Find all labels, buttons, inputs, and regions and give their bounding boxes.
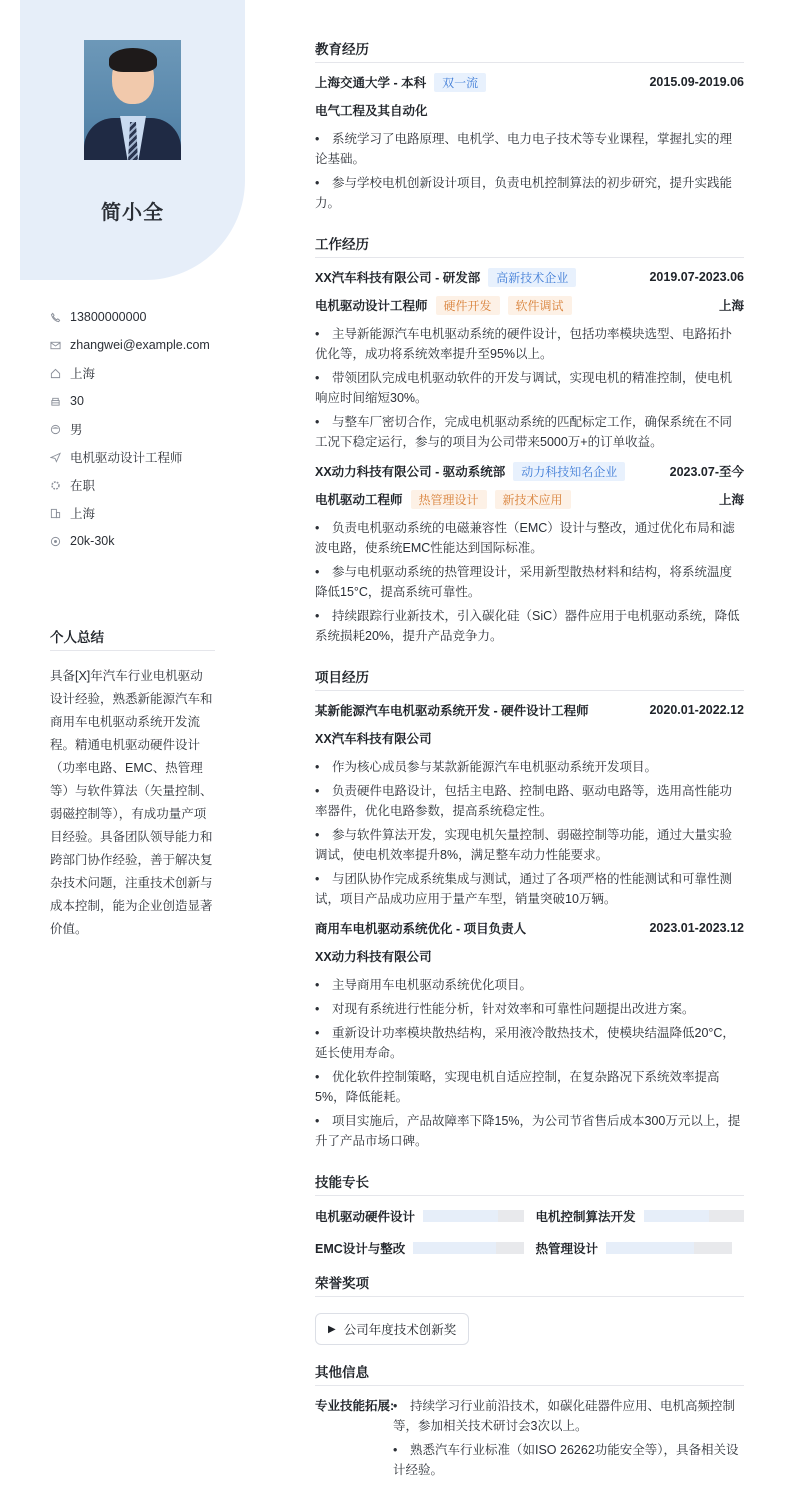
candidate-name: 简小全 <box>20 196 245 225</box>
work-title: 工作经历 <box>315 233 744 258</box>
skill-bar <box>413 1242 523 1254</box>
list-item: 与整车厂密切合作，完成电机驱动系统的匹配标定工作，确保系统在不同工况下稳定运行，… <box>315 412 744 452</box>
education-header: 上海交通大学 - 本科双一流 2015.09-2019.06 <box>315 73 744 91</box>
school-name: 上海交通大学 - 本科 <box>315 73 426 91</box>
contact-info: 13800000000 zhangwei@example.com 上海 30 男… <box>50 303 210 555</box>
skill-bar <box>644 1210 744 1222</box>
info-position: 电机驱动设计工程师 <box>50 443 210 471</box>
work-bullets: 负责电机驱动系统的电磁兼容性（EMC）设计与整改，通过优化布局和滤波电路，使系统… <box>315 518 744 646</box>
info-city: 上海 <box>50 499 210 527</box>
status-icon <box>50 479 70 491</box>
list-item: 主导商用车电机驱动系统优化项目。 <box>315 975 744 995</box>
home-icon <box>50 367 70 379</box>
honors-section: 荣誉奖项 ▶公司年度技术创新奖 <box>315 1272 744 1361</box>
project-header: 某新能源汽车电机驱动系统开发 - 硬件设计工程师 2020.01-2022.12 <box>315 701 744 719</box>
skill-item: EMC设计与整改 <box>315 1238 524 1258</box>
list-item: 主导新能源汽车电机驱动系统的硬件设计，包括功率模块选型、电路拓扑优化等，成功将系… <box>315 324 744 364</box>
phone-value: 13800000000 <box>70 310 146 324</box>
list-item: 作为核心成员参与某款新能源汽车电机驱动系统开发项目。 <box>315 757 744 777</box>
role: 电机驱动工程师 <box>315 490 403 508</box>
honors-title: 荣誉奖项 <box>315 1272 744 1297</box>
salary-value: 20k-30k <box>70 534 114 548</box>
work-location: 上海 <box>719 490 744 508</box>
info-status: 在职 <box>50 471 210 499</box>
project-name: 某新能源汽车电机驱动系统开发 - 硬件设计工程师 <box>315 701 589 719</box>
role-tag: 热管理设计 <box>411 490 487 509</box>
phone-icon <box>50 311 70 323</box>
list-item: 与团队协作完成系统集成与测试，通过了各项严格的性能测试和可靠性测试，项目产品成功… <box>315 869 744 909</box>
list-item: 重新设计功率模块散热结构，采用液冷散热技术，使模块结温降低20°C，延长使用寿命… <box>315 1023 744 1063</box>
company-tag: 动力科技知名企业 <box>513 462 625 481</box>
skill-name: 热管理设计 <box>536 1239 599 1257</box>
role: 电机驱动设计工程师 <box>315 296 428 314</box>
project-date: 2023.01-2023.12 <box>649 921 744 935</box>
profile-header: 简小全 <box>20 0 245 280</box>
other-label: 专业技能拓展: <box>315 1396 393 1488</box>
work-role-row: 电机驱动工程师热管理设计新技术应用 上海 <box>315 490 744 508</box>
work-section: 工作经历 XX汽车科技有限公司 - 研发部高新技术企业 2019.07-2023… <box>315 233 744 646</box>
project-company: XX动力科技有限公司 <box>315 947 432 965</box>
education-title: 教育经历 <box>315 38 744 63</box>
sidebar: 简小全 13800000000 zhangwei@example.com 上海 … <box>20 0 245 280</box>
major: 电气工程及其自动化 <box>315 101 428 119</box>
list-item: 参与电机驱动系统的热管理设计，采用新型散热材料和结构，将系统温度降低15°C，提… <box>315 562 744 602</box>
send-icon <box>50 451 70 463</box>
info-home: 上海 <box>50 359 210 387</box>
other-content: 专业技能拓展: 持续学习行业前沿技术，如碳化硅器件应用、电机高频控制等，参加相关… <box>315 1396 744 1488</box>
info-email: zhangwei@example.com <box>50 331 210 359</box>
skill-item: 电机控制算法开发 <box>536 1206 745 1226</box>
education-major-row: 电气工程及其自动化 <box>315 101 744 119</box>
projects-section: 项目经历 某新能源汽车电机驱动系统开发 - 硬件设计工程师 2020.01-20… <box>315 666 744 1151</box>
gender-value: 男 <box>70 420 83 438</box>
education-section: 教育经历 上海交通大学 - 本科双一流 2015.09-2019.06 电气工程… <box>315 38 744 213</box>
projects-title: 项目经历 <box>315 666 744 691</box>
skill-bar <box>423 1210 523 1222</box>
work-header: XX汽车科技有限公司 - 研发部高新技术企业 2019.07-2023.06 <box>315 268 744 286</box>
project-company: XX汽车科技有限公司 <box>315 729 432 747</box>
skill-item: 热管理设计 <box>536 1238 745 1258</box>
project-bullets: 作为核心成员参与某款新能源汽车电机驱动系统开发项目。 负责硬件电路设计，包括主电… <box>315 757 744 909</box>
list-item: 对现有系统进行性能分析，针对效率和可靠性问题提出改进方案。 <box>315 999 744 1019</box>
salary-icon <box>50 535 70 547</box>
age-icon <box>50 395 70 407</box>
status-value: 在职 <box>70 476 95 494</box>
building-icon <box>50 507 70 519</box>
list-item: 负责硬件电路设计，包括主电路、控制电路、驱动电路等，选用高性能功率器件，优化电路… <box>315 781 744 821</box>
award-label: 公司年度技术创新奖 <box>344 1320 457 1338</box>
other-bullets: 持续学习行业前沿技术，如碳化硅器件应用、电机高频控制等，参加相关技术研讨会3次以… <box>393 1396 744 1484</box>
project-date: 2020.01-2022.12 <box>649 703 744 717</box>
city-value: 上海 <box>70 504 95 522</box>
skill-name: EMC设计与整改 <box>315 1239 405 1257</box>
main-content: 教育经历 上海交通大学 - 本科双一流 2015.09-2019.06 电气工程… <box>315 38 744 1508</box>
work-date: 2023.07-至今 <box>670 462 744 480</box>
role-tag: 新技术应用 <box>495 490 571 509</box>
summary-title: 个人总结 <box>50 626 215 651</box>
skills-section: 技能专长 电机驱动硬件设计 电机控制算法开发 EMC设计与整改 热管理设计 <box>315 1171 744 1258</box>
skills-title: 技能专长 <box>315 1171 744 1196</box>
skill-bar <box>606 1242 732 1254</box>
company-name: XX汽车科技有限公司 - 研发部 <box>315 268 480 286</box>
education-bullets: 系统学习了电路原理、电机学、电力电子技术等专业课程，掌握扎实的理论基础。 参与学… <box>315 129 744 213</box>
list-item: 参与学校电机创新设计项目，负责电机控制算法的初步研究，提升实践能力。 <box>315 173 744 213</box>
info-age: 30 <box>50 387 210 415</box>
work-role-row: 电机驱动设计工程师硬件开发软件调试 上海 <box>315 296 744 314</box>
list-item: 负责电机驱动系统的电磁兼容性（EMC）设计与整改，通过优化布局和滤波电路，使系统… <box>315 518 744 558</box>
role-tag: 软件调试 <box>508 296 572 315</box>
work-location: 上海 <box>719 296 744 314</box>
summary-text: 具备[X]年汽车行业电机驱动设计经验，熟悉新能源汽车和商用车电机驱动系统开发流程… <box>50 665 215 941</box>
project-company-row: XX汽车科技有限公司 <box>315 729 744 747</box>
skill-name: 电机驱动硬件设计 <box>315 1207 415 1225</box>
project-company-row: XX动力科技有限公司 <box>315 947 744 965</box>
company-tag: 高新技术企业 <box>488 268 576 287</box>
award-item[interactable]: ▶公司年度技术创新奖 <box>315 1313 469 1345</box>
list-item: 熟悉汽车行业标准（如ISO 26262功能安全等），具备相关设计经验。 <box>393 1440 744 1480</box>
summary-section: 个人总结 具备[X]年汽车行业电机驱动设计经验，熟悉新能源汽车和商用车电机驱动系… <box>50 626 215 941</box>
triangle-right-icon: ▶ <box>328 1324 336 1335</box>
work-date: 2019.07-2023.06 <box>649 270 744 284</box>
info-gender: 男 <box>50 415 210 443</box>
info-salary: 20k-30k <box>50 527 210 555</box>
email-value: zhangwei@example.com <box>70 338 210 352</box>
other-section: 其他信息 专业技能拓展: 持续学习行业前沿技术，如碳化硅器件应用、电机高频控制等… <box>315 1361 744 1488</box>
skill-item: 电机驱动硬件设计 <box>315 1206 524 1226</box>
skills-grid: 电机驱动硬件设计 电机控制算法开发 EMC设计与整改 热管理设计 <box>315 1206 744 1258</box>
avatar-photo <box>84 40 181 160</box>
list-item: 参与软件算法开发，实现电机矢量控制、弱磁控制等功能，通过大量实验调试，使电机效率… <box>315 825 744 865</box>
work-bullets: 主导新能源汽车电机驱动系统的硬件设计，包括功率模块选型、电路拓扑优化等，成功将系… <box>315 324 744 452</box>
position-value: 电机驱动设计工程师 <box>70 448 183 466</box>
work-header: XX动力科技有限公司 - 驱动系统部动力科技知名企业 2023.07-至今 <box>315 462 744 480</box>
list-item: 系统学习了电路原理、电机学、电力电子技术等专业课程，掌握扎实的理论基础。 <box>315 129 744 169</box>
skill-name: 电机控制算法开发 <box>536 1207 636 1225</box>
age-value: 30 <box>70 394 84 408</box>
list-item: 项目实施后，产品故障率下降15%，为公司节省售后成本300万元以上，提升了产品市… <box>315 1111 744 1151</box>
school-tag: 双一流 <box>434 73 486 92</box>
project-bullets: 主导商用车电机驱动系统优化项目。 对现有系统进行性能分析，针对效率和可靠性问题提… <box>315 975 744 1151</box>
project-name: 商用车电机驱动系统优化 - 项目负责人 <box>315 919 526 937</box>
mail-icon <box>50 339 70 351</box>
other-title: 其他信息 <box>315 1361 744 1386</box>
project-header: 商用车电机驱动系统优化 - 项目负责人 2023.01-2023.12 <box>315 919 744 937</box>
role-tag: 硬件开发 <box>436 296 500 315</box>
company-name: XX动力科技有限公司 - 驱动系统部 <box>315 462 505 480</box>
education-date: 2015.09-2019.06 <box>649 75 744 89</box>
list-item: 带领团队完成电机驱动软件的开发与调试，实现电机的精准控制，使电机响应时间缩短30… <box>315 368 744 408</box>
list-item: 持续跟踪行业新技术，引入碳化硅（SiC）器件应用于电机驱动系统，降低系统损耗20… <box>315 606 744 646</box>
home-value: 上海 <box>70 364 95 382</box>
info-phone: 13800000000 <box>50 303 210 331</box>
gender-icon <box>50 423 70 435</box>
list-item: 优化软件控制策略，实现电机自适应控制，在复杂路况下系统效率提高5%，降低能耗。 <box>315 1067 744 1107</box>
list-item: 持续学习行业前沿技术，如碳化硅器件应用、电机高频控制等，参加相关技术研讨会3次以… <box>393 1396 744 1436</box>
